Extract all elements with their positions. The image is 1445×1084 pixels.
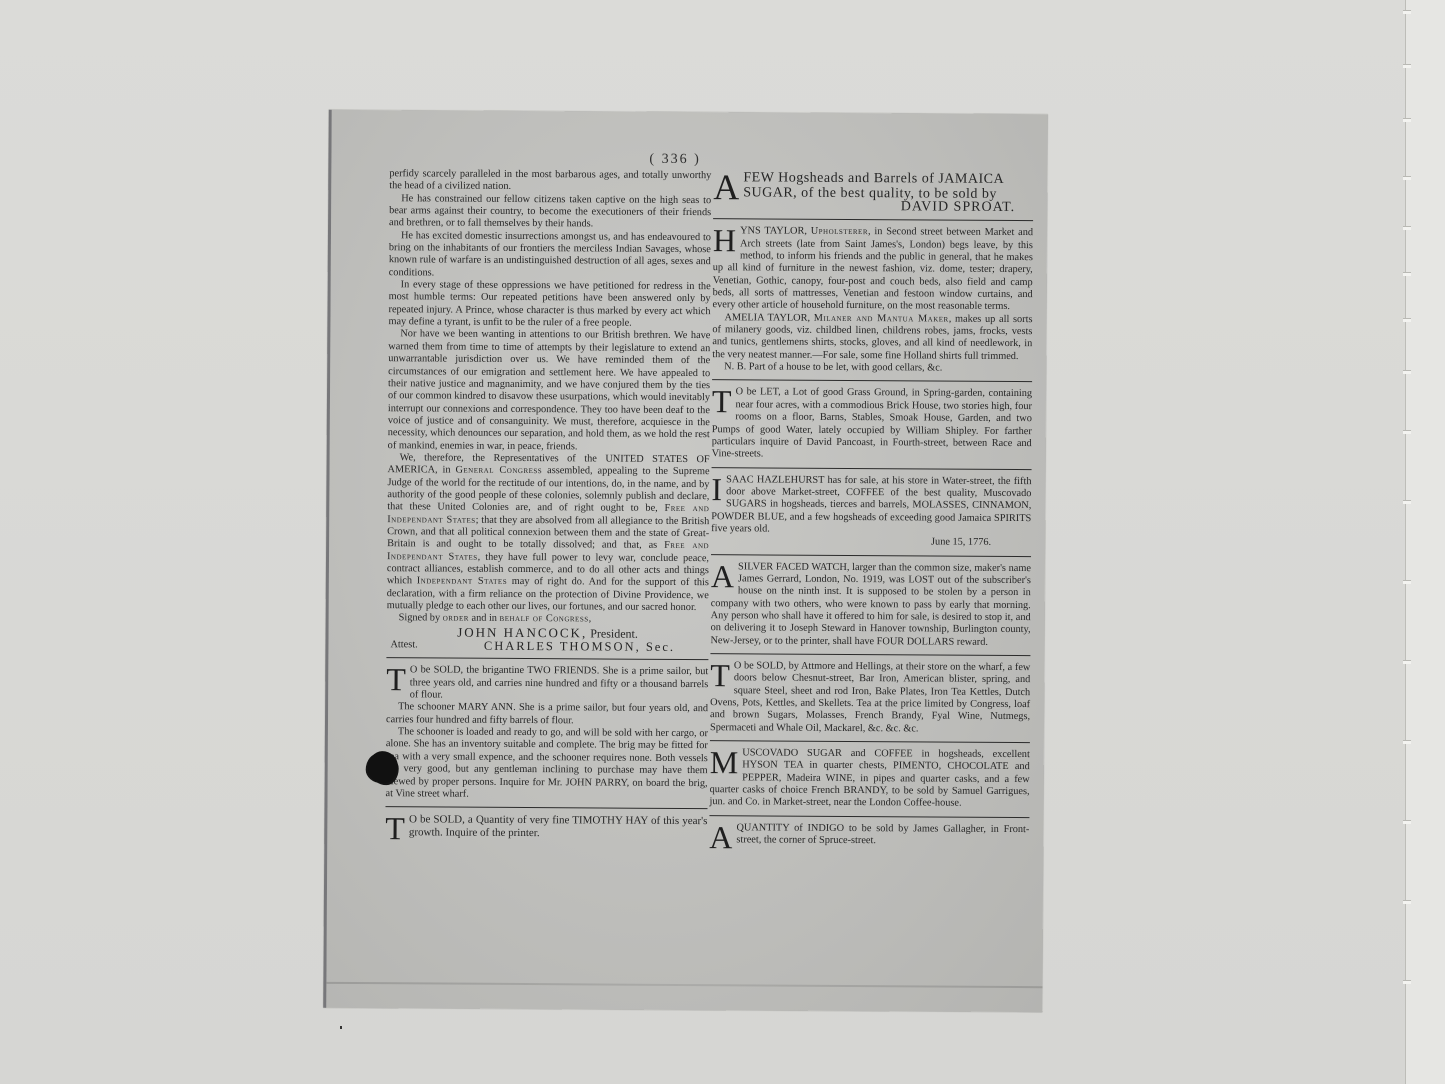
binding-stitch: [1403, 10, 1411, 14]
binding-stitch: [1403, 176, 1411, 180]
declaration-paragraph: In every stage of these oppressions we h…: [388, 279, 710, 330]
declaration-paragraph: He has excited domestic insurrections am…: [389, 230, 711, 281]
ink-blot: [368, 751, 398, 783]
binding-stitch: [1403, 318, 1411, 322]
page-number: ( 336 ): [649, 152, 700, 168]
text-run: behalf of Congress: [500, 613, 589, 625]
ad-brigantine: T O be SOLD, the brigantine TWO FRIENDS.…: [386, 665, 709, 803]
binding-stitch: [1403, 900, 1411, 904]
binding-stitch: [1403, 660, 1411, 664]
text-run: and in: [469, 613, 500, 624]
binding-stitch: [1403, 118, 1411, 122]
column-rule: [710, 740, 1030, 743]
column-rule: [709, 815, 1029, 818]
ad-text: N. B. Part of a house to be let, with go…: [712, 361, 1032, 375]
attest-label: Attest.: [386, 639, 450, 652]
column-rule: [712, 380, 1032, 383]
ad-jamaica-sugar: A FEW Hogsheads and Barrels of JAMAICA S…: [713, 170, 1033, 214]
plate-bottom-edge: [326, 982, 1042, 988]
drop-cap: T: [710, 662, 730, 688]
left-column: perfidy scarcely paralleled in the most …: [385, 168, 711, 843]
drop-cap: I: [711, 476, 722, 502]
ad-attmore-hellings: T O be SOLD, by Attmore and Hellings, at…: [710, 660, 1030, 736]
newspaper-facsimile-plate: ( 336 ) perfidy scarcely paralleled in t…: [323, 110, 1047, 1012]
column-rule: [713, 219, 1033, 222]
column-rule: [385, 806, 707, 809]
president-signature: JOHN HANCOCK, President.: [387, 626, 709, 640]
ad-text: O be SOLD, the brigantine TWO FRIENDS. S…: [386, 665, 708, 704]
ad-text: O be SOLD, a Quantity of very fine TIMOT…: [385, 813, 707, 841]
drop-cap: T: [385, 815, 405, 841]
ad-isaac-hazlehurst: I SAAC HAZLEHURST has for sale, at his s…: [711, 474, 1031, 550]
text-run: order: [443, 613, 469, 624]
binding-stitch: [1403, 370, 1411, 374]
ad-text: AMELIA TAYLOR, Milaner and Mantua Maker,…: [712, 312, 1032, 363]
ad-text: SAAC HAZLEHURST has for sale, at his sto…: [711, 474, 1031, 538]
text-run: Independant States: [417, 576, 507, 588]
president-title: President.: [587, 626, 638, 640]
column-rule: [710, 653, 1030, 656]
ad-muscovado-sugar: M USCOVADO SUGAR and COFFEE in hogsheads…: [709, 747, 1029, 811]
text-run: Signed by: [399, 613, 443, 624]
text-run: Milaner and Mantua Maker: [814, 313, 949, 325]
drop-cap: T: [712, 389, 732, 415]
ad-text: O be SOLD, by Attmore and Hellings, at t…: [710, 660, 1030, 736]
attest-line: Attest.CHARLES THOMSON, Sec.: [386, 639, 708, 653]
text-run: AMELIA TAYLOR,: [724, 312, 813, 324]
binding-stitch: [1403, 64, 1411, 68]
president-name: JOHN HANCOCK,: [457, 624, 587, 640]
ad-text: O be LET, a Lot of good Grass Ground, in…: [712, 387, 1032, 463]
ad-text: The schooner MARY ANN. She is a prime sa…: [386, 702, 708, 729]
drop-cap: T: [386, 667, 406, 693]
text-run: General Congress: [455, 465, 542, 477]
drop-cap: A: [709, 824, 732, 850]
ad-hyns-taylor: H YNS TAYLOR, Upholsterer, in Second str…: [712, 226, 1033, 376]
declaration-paragraph: He has constrained our fellow citizens t…: [389, 193, 711, 232]
column-rule: [712, 467, 1032, 470]
ad-text: The schooner is loaded and ready to go, …: [386, 726, 708, 802]
ad-silver-watch: A SILVER FACED WATCH, larger than the co…: [710, 561, 1031, 649]
binding-stitch: [1403, 820, 1411, 824]
declaration-paragraph: perfidy scarcely paralleled in the most …: [389, 168, 711, 195]
text-run: , in Second street between Market and Ar…: [713, 226, 1034, 312]
text-run: Upholsterer: [811, 226, 868, 237]
drop-cap: A: [711, 563, 734, 589]
next-page-edge: [1405, 0, 1445, 1084]
binding-stitch: [1403, 580, 1411, 584]
declaration-resolution: We, therefore, the Representatives of th…: [387, 452, 710, 614]
ad-text: SILVER FACED WATCH, larger than the comm…: [710, 561, 1031, 649]
dust-speck: [340, 1026, 342, 1029]
drop-cap: H: [713, 228, 736, 254]
ad-indigo: A QUANTITY of INDIGO to be sold by James…: [709, 822, 1029, 849]
right-column: A FEW Hogsheads and Barrels of JAMAICA S…: [709, 170, 1033, 852]
declaration-paragraph: Nor have we been wanting in attentions t…: [388, 329, 711, 454]
drop-cap: M: [710, 749, 739, 775]
ad-to-be-let: T O be LET, a Lot of good Grass Ground, …: [712, 387, 1032, 463]
ad-timothy-hay: T O be SOLD, a Quantity of very fine TIM…: [385, 813, 707, 841]
binding-stitch: [1403, 430, 1411, 434]
ad-seller: DAVID SPROAT.: [713, 200, 1033, 214]
text-run: YNS TAYLOR,: [740, 226, 811, 237]
ad-text: QUANTITY of INDIGO to be sold by James G…: [709, 822, 1029, 849]
binding-stitch: [1403, 272, 1411, 276]
ad-text: YNS TAYLOR, Upholsterer, in Second stree…: [713, 226, 1034, 314]
binding-stitch: [1403, 740, 1411, 744]
ad-text: USCOVADO SUGAR and COFFEE in hogsheads, …: [709, 747, 1029, 811]
secretary-name: CHARLES THOMSON, Sec.: [450, 640, 708, 654]
drop-cap: A: [713, 172, 739, 202]
text-run: ,: [589, 614, 592, 625]
column-rule: [711, 554, 1031, 557]
binding-stitch: [1403, 226, 1411, 230]
ad-date: June 15, 1776.: [711, 535, 1031, 549]
binding-stitch: [1403, 500, 1411, 504]
column-rule: [386, 658, 708, 661]
binding-stitch: [1403, 980, 1411, 984]
